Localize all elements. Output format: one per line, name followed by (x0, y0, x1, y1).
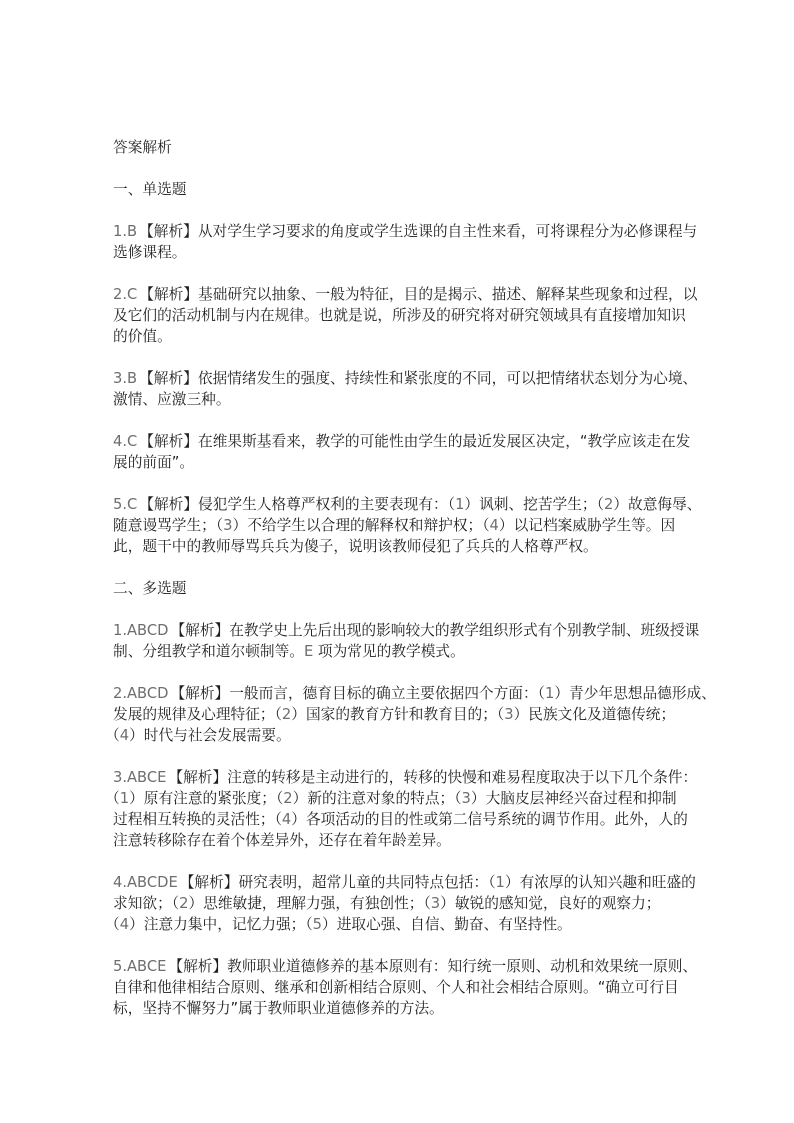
document-page: 答案解析 一、单选题 1.B【解析】从对学生学习要求的角度或学生选课的自主性来看… (0, 0, 794, 1123)
explanation-line: 标，坚持不懈努力”属于教师职业道德修养的方法。 (113, 998, 684, 1019)
text-run: 【解析】在教学史上先后出现的影响较大的教学组织形式有个别教学制、班级授课 (170, 622, 699, 639)
explanation-line: 发展的规律及心理特征；（2）国家的教育方针和教育目的；（3）民族文化及道德传统； (113, 704, 684, 725)
explanation-line: 制、分组教学和道尔顿制等。E 项为常见的教学模式。 (113, 641, 684, 662)
latin-run: 2 (604, 496, 613, 513)
explanation-first-line: 2.C【解析】基础研究以抽象、一般为特征，目的是揭示、描述、解释某些现象和过程，… (113, 284, 684, 305)
text-run: （ (105, 727, 120, 744)
section-items: 1.ABCD【解析】在教学史上先后出现的影响较大的教学组织形式有个别教学制、班级… (113, 620, 684, 1019)
answer-key: 3.B (113, 370, 137, 387)
section-items: 1.B【解析】从对学生学习要求的角度或学生选课的自主性来看，可将课程分为必修课程… (113, 221, 684, 557)
latin-run: 3 (504, 706, 513, 723)
text-run: ）青少年思想品德形成、 (554, 685, 716, 702)
text-run: （ (105, 916, 120, 933)
explanation-line: （4）时代与社会发展需要。 (105, 725, 684, 746)
text-run: 项为常见的教学模式。 (313, 643, 465, 660)
text-run: ）新的注意对象的特点；（ (293, 790, 462, 807)
explanation-line: 的价值。 (113, 326, 684, 347)
latin-run: 1 (545, 685, 554, 702)
text-run: 【解析】依据情绪发生的强度、持续性和紧张度的不同，可以把情绪状态划分为心境、 (139, 370, 697, 387)
text-run: ）以记档案威胁学生等。因 (499, 517, 675, 534)
text-run: 及它们的活动机制与内在规律。也就是说，所涉及的研究将对研究领域具有直接增加知识 (113, 307, 686, 324)
text-run: 注意转移除存在着个体差异外，还存在着年龄差异。 (113, 832, 451, 849)
text-run: 展的前面”。 (113, 454, 194, 471)
explanation-first-line: 4.C【解析】在维果斯基看来，教学的可能性由学生的最近发展区决定，“教学应该走在… (113, 431, 684, 452)
explanation-line: 及它们的活动机制与内在规律。也就是说，所涉及的研究将对研究领域具有直接增加知识 (113, 305, 684, 326)
explanation-first-line: 5.C【解析】侵犯学生人格尊严权利的主要表现有：（1）讽刺、挖苦学生；（2）故意… (113, 494, 684, 515)
latin-run: 4 (120, 727, 129, 744)
answer-key: 5.ABCE (113, 958, 166, 975)
explanation-first-line: 3.B【解析】依据情绪发生的强度、持续性和紧张度的不同，可以把情绪状态划分为心境… (113, 368, 684, 389)
latin-run: 1 (496, 874, 505, 891)
section-single-choice: 一、单选题 1.B【解析】从对学生学习要求的角度或学生选课的自主性来看，可将课程… (113, 179, 684, 557)
text-run: （ (105, 790, 120, 807)
latin-run: 4 (120, 916, 129, 933)
text-run: 选修课程。 (113, 244, 186, 261)
text-run: 【解析】研究表明，超常儿童的共同特点包括：（ (180, 874, 496, 891)
latin-run: 2 (283, 790, 292, 807)
answer-item: 1.B【解析】从对学生学习要求的角度或学生选课的自主性来看，可将课程分为必修课程… (113, 221, 684, 263)
section-heading-single-choice: 一、单选题 (113, 179, 684, 200)
latin-run: 3 (431, 895, 440, 912)
explanation-line: 求知欲；（2）思维敏捷，理解力强，有独创性；（3）敏锐的感知觉，良好的观察力； (113, 893, 684, 914)
answer-key: 1.B (113, 223, 137, 240)
text-run: ）注意力集中，记忆力强；（ (129, 916, 313, 933)
section-heading-multi-choice: 二、多选题 (113, 578, 684, 599)
answer-key: 2.ABCD (113, 685, 168, 702)
text-run: ）各项活动的目的性或第二信号系统的调节作用。此外，人的 (291, 811, 688, 828)
text-run: ）国家的教育方针和教育目的；（ (291, 706, 504, 723)
explanation-line: 此，题干中的教师辱骂兵兵为傻子，说明该教师侵犯了兵兵的人格尊严权。 (113, 536, 684, 557)
answer-item: 3.B【解析】依据情绪发生的强度、持续性和紧张度的不同，可以把情绪状态划分为心境… (113, 368, 684, 410)
latin-run: 4 (490, 517, 499, 534)
answer-key: 3.ABCE (113, 769, 166, 786)
page-title: 答案解析 (113, 137, 684, 158)
text-run: 【解析】侵犯学生人格尊严权利的主要表现有：（ (139, 496, 455, 513)
explanation-line: 选修课程。 (113, 242, 684, 263)
text-run: 激情、应激三种。 (113, 391, 231, 408)
text-run: 自律和他律相结合原则、继承和创新相结合原则、个人和社会相结合原则。“确立可行目 (113, 979, 679, 996)
text-run: ）思维敏捷，理解力强，有独创性；（ (188, 895, 430, 912)
answer-item: 1.ABCD【解析】在教学史上先后出现的影响较大的教学组织形式有个别教学制、班级… (113, 620, 684, 662)
text-run: ）敏锐的感知觉，良好的观察力； (440, 895, 660, 912)
text-run: 的价值。 (113, 328, 172, 345)
answer-key: 4.C (113, 433, 137, 450)
text-run: 过程相互转换的灵活性；（ (113, 811, 282, 828)
explanation-first-line: 2.ABCD【解析】一般而言，德育目标的确立主要依据四个方面：（1）青少年思想品… (113, 683, 684, 704)
answer-key: 5.C (113, 496, 137, 513)
latin-run: 4 (282, 811, 291, 828)
answer-key: 2.C (113, 286, 137, 303)
text-run: ）民族文化及道德传统； (514, 706, 676, 723)
text-run: 发展的规律及心理特征；（ (113, 706, 282, 723)
explanation-line: 注意转移除存在着个体差异外，还存在着年龄差异。 (113, 830, 684, 851)
explanation-line: 激情、应激三种。 (113, 389, 684, 410)
answer-item: 2.C【解析】基础研究以抽象、一般为特征，目的是揭示、描述、解释某些现象和过程，… (113, 284, 684, 347)
answer-item: 5.ABCE【解析】教师职业道德修养的基本原则有：知行统一原则、动机和效果统一原… (113, 956, 684, 1019)
latin-run: 5 (313, 916, 322, 933)
text-run: 随意谩骂学生；（ (113, 517, 223, 534)
answer-key: 1.ABCD (113, 622, 168, 639)
text-run: ）时代与社会发展需要。 (129, 727, 291, 744)
explanation-first-line: 5.ABCE【解析】教师职业道德修养的基本原则有：知行统一原则、动机和效果统一原… (113, 956, 684, 977)
text-run: ）故意侮辱、 (613, 496, 701, 513)
explanation-line: 展的前面”。 (113, 452, 684, 473)
explanation-line: 自律和他律相结合原则、继承和创新相结合原则、个人和社会相结合原则。“确立可行目 (113, 977, 684, 998)
section-multi-choice: 二、多选题 1.ABCD【解析】在教学史上先后出现的影响较大的教学组织形式有个别… (113, 578, 684, 1019)
latin-run: 3 (462, 790, 471, 807)
answer-item: 5.C【解析】侵犯学生人格尊严权利的主要表现有：（1）讽刺、挖苦学生；（2）故意… (113, 494, 684, 557)
explanation-first-line: 4.ABCDE【解析】研究表明，超常儿童的共同特点包括：（1）有浓厚的认知兴趣和… (113, 872, 684, 893)
latin-run: 1 (120, 790, 129, 807)
text-run: 求知欲；（ (113, 895, 179, 912)
explanation-first-line: 1.ABCD【解析】在教学史上先后出现的影响较大的教学组织形式有个别教学制、班级… (113, 620, 684, 641)
answer-item: 4.C【解析】在维果斯基看来，教学的可能性由学生的最近发展区决定，“教学应该走在… (113, 431, 684, 473)
text-run: 【解析】在维果斯基看来，教学的可能性由学生的最近发展区决定，“教学应该走在发 (139, 433, 690, 450)
answer-key: 4.ABCDE (113, 874, 178, 891)
answer-item: 3.ABCE【解析】注意的转移是主动进行的，转移的快慢和难易程度取决于以下几个条… (113, 767, 684, 851)
text-run: ）大脑皮层神经兴奋过程和抑制 (471, 790, 677, 807)
explanation-line: 随意谩骂学生；（3）不给学生以合理的解释权和辩护权；（4）以记档案威胁学生等。因 (113, 515, 684, 536)
latin-run: E (304, 643, 313, 660)
text-run: ）进取心强、自信、勤奋、有坚持性。 (322, 916, 572, 933)
answer-item: 4.ABCDE【解析】研究表明，超常儿童的共同特点包括：（1）有浓厚的认知兴趣和… (113, 872, 684, 935)
text-run: 【解析】教师职业道德修养的基本原则有：知行统一原则、动机和效果统一原则、 (168, 958, 697, 975)
explanation-line: 过程相互转换的灵活性；（4）各项活动的目的性或第二信号系统的调节作用。此外，人的 (113, 809, 684, 830)
text-run: 【解析】从对学生学习要求的角度或学生选课的自主性来看，可将课程分为必修课程与 (139, 223, 697, 240)
text-run: 标，坚持不懈努力”属于教师职业道德修养的方法。 (113, 1000, 444, 1017)
text-run: 【解析】基础研究以抽象、一般为特征，目的是揭示、描述、解释某些现象和过程，以 (139, 286, 697, 303)
answer-item: 2.ABCD【解析】一般而言，德育目标的确立主要依据四个方面：（1）青少年思想品… (113, 683, 684, 746)
explanation-first-line: 1.B【解析】从对学生学习要求的角度或学生选课的自主性来看，可将课程分为必修课程… (113, 221, 684, 242)
latin-run: 3 (223, 517, 232, 534)
explanation-line: （1）原有注意的紧张度；（2）新的注意对象的特点；（3）大脑皮层神经兴奋过程和抑… (105, 788, 684, 809)
text-run: 此，题干中的教师辱骂兵兵为傻子，说明该教师侵犯了兵兵的人格尊严权。 (113, 538, 598, 555)
explanation-first-line: 3.ABCE【解析】注意的转移是主动进行的，转移的快慢和难易程度取决于以下几个条… (113, 767, 684, 788)
text-run: 制、分组教学和道尔顿制等。 (113, 643, 304, 660)
text-run: 【解析】注意的转移是主动进行的，转移的快慢和难易程度取决于以下几个条件： (168, 769, 697, 786)
latin-run: 2 (282, 706, 291, 723)
text-run: ）不给学生以合理的解释权和辩护权；（ (233, 517, 490, 534)
text-run: ）有浓厚的认知兴趣和旺盛的 (505, 874, 696, 891)
explanation-line: （4）注意力集中，记忆力强；（5）进取心强、自信、勤奋、有坚持性。 (105, 914, 684, 935)
text-run: ）讽刺、挖苦学生；（ (464, 496, 604, 513)
text-run: 【解析】一般而言，德育目标的确立主要依据四个方面：（ (170, 685, 545, 702)
text-run: ）原有注意的紧张度；（ (129, 790, 283, 807)
